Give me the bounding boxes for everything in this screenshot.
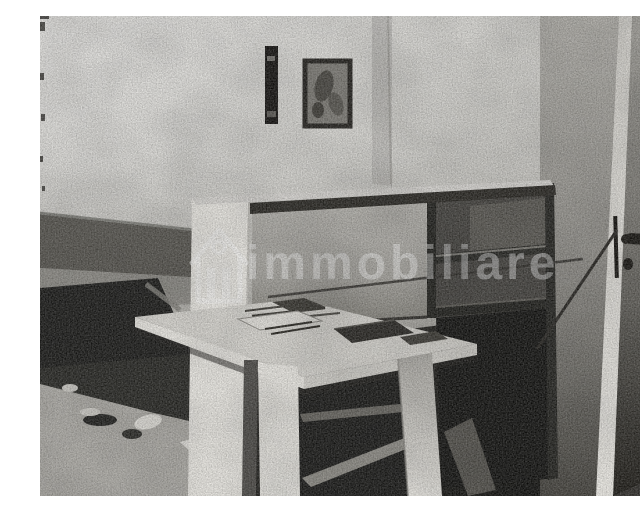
grain-light-overlay	[40, 16, 640, 496]
listing-photo: immobiliare	[40, 16, 640, 496]
photo-canvas: immobiliare	[40, 16, 640, 496]
